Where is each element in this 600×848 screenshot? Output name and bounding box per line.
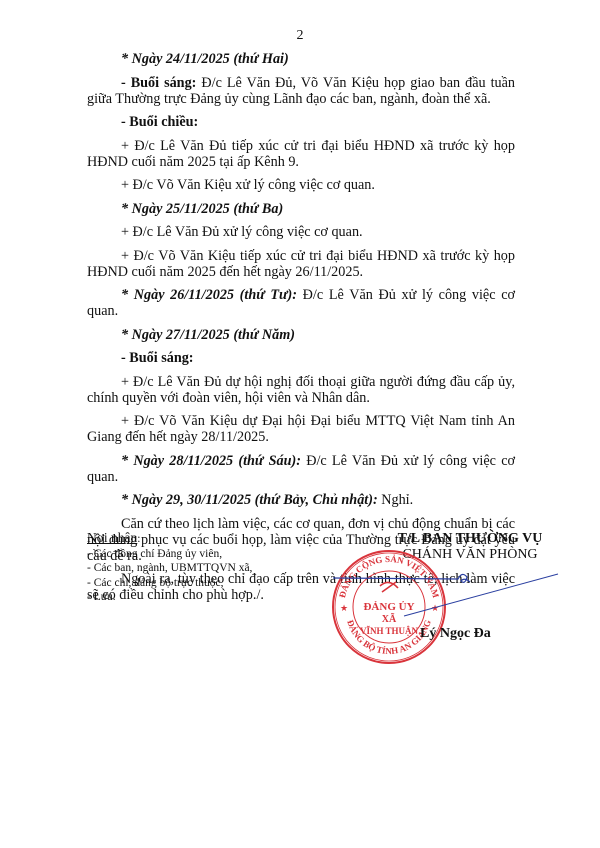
morning-item-24: - Buổi sáng: Đ/c Lê Văn Đủ, Võ Văn Kiệu …	[87, 75, 515, 107]
day-heading: * Ngày 29, 30/11/2025 (thứ Bảy, Chủ nhật…	[121, 492, 378, 508]
stamp-line2: XÃ	[382, 613, 397, 625]
day-heading-27: * Ngày 27/11/2025 (thứ Năm)	[87, 327, 515, 343]
svg-text:★: ★	[340, 603, 348, 613]
session-label: - Buổi sáng:	[121, 350, 194, 366]
day-heading: * Ngày 27/11/2025 (thứ Năm)	[121, 327, 295, 343]
recipients-title: Nơi nhận	[87, 530, 137, 545]
day-heading: * Ngày 25/11/2025 (thứ Ba)	[121, 201, 283, 217]
item-text: + Đ/c Võ Văn Kiệu dự Đại hội Đại biểu MT…	[87, 413, 515, 445]
item-text: + Đ/c Lê Văn Đủ tiếp xúc cử tri đại biểu…	[87, 138, 515, 170]
item-text: + Đ/c Võ Văn Kiệu tiếp xúc cử tri đại bi…	[87, 248, 515, 280]
day-heading: * Ngày 24/11/2025 (thứ Hai)	[121, 51, 289, 67]
stamp-line1: ĐẢNG ỦY	[363, 601, 414, 613]
day-heading-28: * Ngày 28/11/2025 (thứ Sáu): Đ/c Lê Văn …	[87, 453, 515, 485]
day-heading-25: * Ngày 25/11/2025 (thứ Ba)	[87, 201, 515, 217]
recipients-block: Nơi nhận: - Các đồng chí Đảng ủy viên, -…	[87, 531, 252, 605]
stamp-line3: VĨNH THUẬN	[360, 626, 419, 636]
schedule-item: + Đ/c Lê Văn Đủ tiếp xúc cử tri đại biểu…	[87, 138, 515, 170]
item-text: + Đ/c Võ Văn Kiệu xử lý công việc cơ qua…	[121, 177, 375, 193]
page-number: 2	[0, 28, 600, 44]
recipient-item: - Lưu.	[87, 590, 252, 605]
schedule-item: + Đ/c Lê Văn Đủ xử lý công việc cơ quan.	[87, 224, 515, 240]
item-text: + Đ/c Lê Văn Đủ xử lý công việc cơ quan.	[121, 224, 363, 240]
signature-authority: T/L BAN THƯỜNG VỤ	[370, 531, 570, 547]
schedule-item: + Đ/c Võ Văn Kiệu xử lý công việc cơ qua…	[87, 177, 515, 193]
schedule-item: + Đ/c Võ Văn Kiệu tiếp xúc cử tri đại bi…	[87, 248, 515, 280]
item-text: Nghỉ.	[378, 492, 413, 508]
svg-text:ĐẢNG CỘNG SẢN VIỆT NAM: ĐẢNG CỘNG SẢN VIỆT NAM	[337, 554, 441, 599]
session-label: - Buổi sáng:	[121, 75, 196, 91]
signer-name: Lý Ngọc Đa	[420, 626, 491, 642]
recipients-colon: :	[137, 533, 140, 545]
stamp-top-text: ĐẢNG CỘNG SẢN VIỆT NAM	[337, 554, 441, 599]
day-heading-29-30: * Ngày 29, 30/11/2025 (thứ Bảy, Chủ nhật…	[87, 492, 515, 508]
session-label: - Buổi chiều:	[121, 114, 198, 130]
day-heading: * Ngày 26/11/2025 (thứ Tư):	[121, 287, 297, 303]
day-heading-26: * Ngày 26/11/2025 (thứ Tư): Đ/c Lê Văn Đ…	[87, 287, 515, 319]
recipient-item: - Các ban, ngành, UBMTTQVN xã,	[87, 561, 252, 576]
item-text: + Đ/c Lê Văn Đủ dự hội nghị đối thoại gi…	[87, 374, 515, 406]
official-stamp-icon: ĐẢNG CỘNG SẢN VIỆT NAM ĐẢNG BỘ TỈNH AN G…	[330, 548, 448, 666]
recipient-item: - Các đồng chí Đảng ủy viên,	[87, 547, 252, 562]
day-heading: * Ngày 28/11/2025 (thứ Sáu):	[121, 453, 301, 469]
morning-label-27: - Buổi sáng:	[87, 350, 515, 366]
schedule-body: * Ngày 24/11/2025 (thứ Hai) - Buổi sáng:…	[87, 51, 515, 610]
day-heading-24: * Ngày 24/11/2025 (thứ Hai)	[87, 51, 515, 67]
afternoon-label-24: - Buổi chiều:	[87, 114, 515, 130]
svg-text:★: ★	[431, 603, 439, 613]
recipient-item: - Các chi, đảng bộ trực thuộc,	[87, 576, 252, 591]
schedule-item: + Đ/c Võ Văn Kiệu dự Đại hội Đại biểu MT…	[87, 413, 515, 445]
schedule-item: + Đ/c Lê Văn Đủ dự hội nghị đối thoại gi…	[87, 374, 515, 406]
